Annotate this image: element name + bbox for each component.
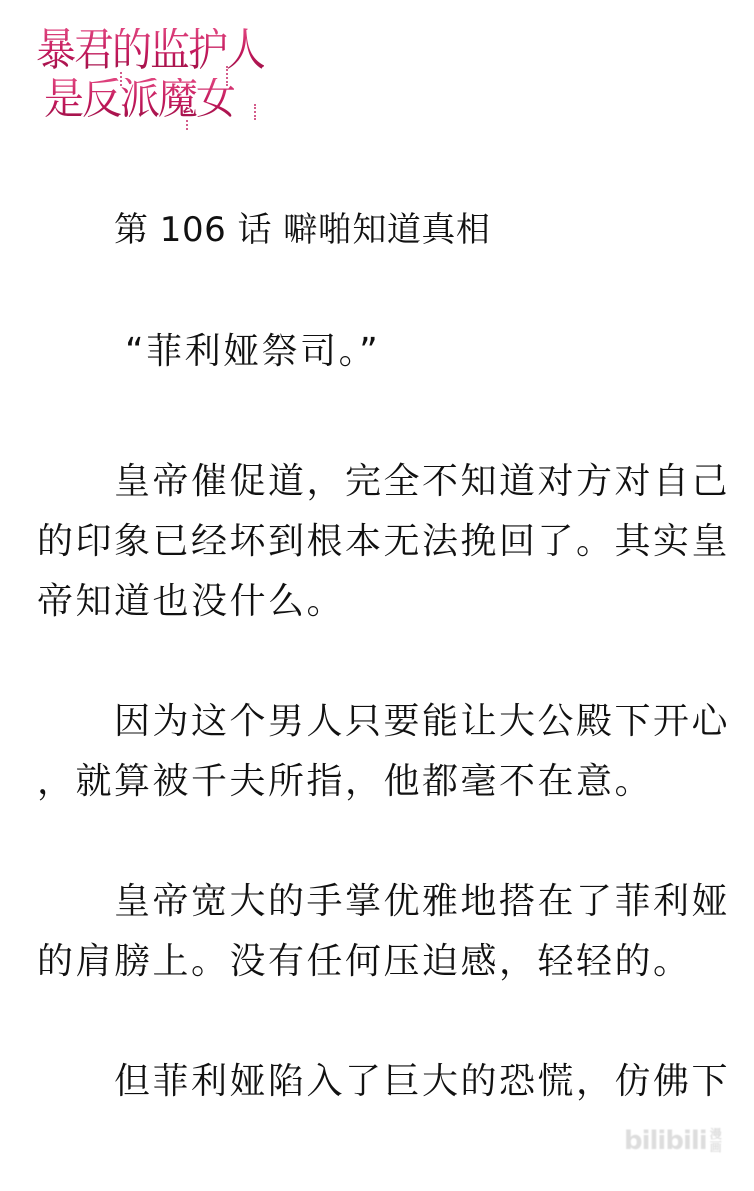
logo-ornament-dots — [226, 66, 230, 86]
logo-ornament-dots — [254, 104, 258, 120]
bilibili-manga-watermark: bilibili 漫 画 — [624, 1128, 722, 1154]
paragraph: 皇帝宽大的手掌优雅地搭在了菲利娅的肩膀上。没有任何压迫感，轻轻的。 — [37, 872, 737, 992]
watermark-sub-bottom: 画 — [710, 1141, 722, 1154]
comic-title-logo: 暴君的监护人 是反派魔女 — [36, 24, 266, 128]
watermark-manga-label: 漫 画 — [710, 1128, 722, 1154]
watermark-brand: bilibili — [624, 1128, 707, 1154]
logo-ornament-dots — [120, 72, 124, 86]
chapter-text: 第 106 话 噼啪知道真相 “菲利娅祭司。” 皇帝催促道，完全不知道对方对自己… — [37, 200, 737, 1112]
logo-title-line-2: 是反派魔女 — [44, 78, 234, 121]
chapter-title: 第 106 话 噼啪知道真相 — [37, 200, 737, 260]
paragraph: 皇帝催促道，完全不知道对方对自己的印象已经坏到根本无法挽回了。其实皇帝知道也没什… — [37, 452, 737, 632]
paragraph: 但菲利娅陷入了巨大的恐慌，仿佛下 — [37, 1052, 737, 1112]
paragraph: “菲利娅祭司。” — [37, 322, 737, 382]
logo-ornament-dots — [186, 120, 190, 130]
paragraph: 因为这个男人只要能让大公殿下开心，就算被千夫所指，他都毫不在意。 — [37, 692, 737, 812]
